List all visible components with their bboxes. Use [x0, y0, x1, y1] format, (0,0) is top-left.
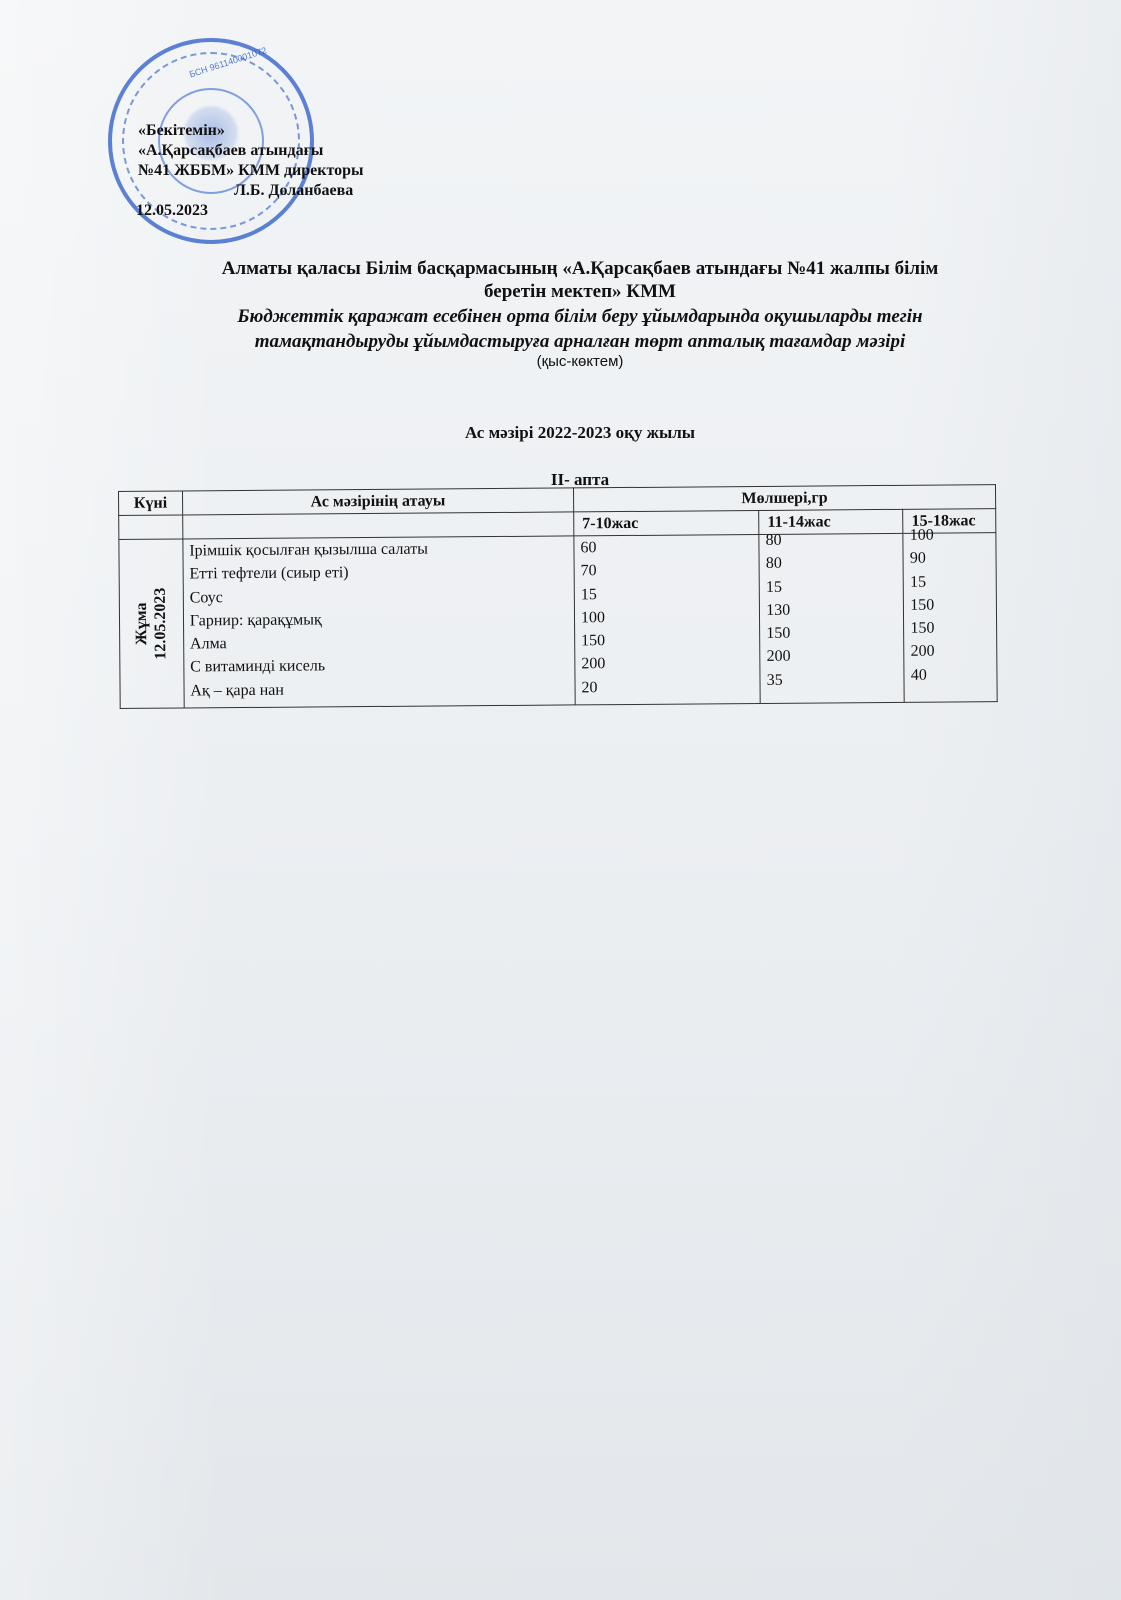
- amount-value: 200: [911, 640, 991, 664]
- amount-value: 80: [766, 551, 897, 575]
- year-title: Ас мәзірі 2022-2023 оқу жылы: [150, 423, 1010, 443]
- approval-block: «Бекітемін» «А.Қарсақбаев атындағы №41 Ж…: [138, 121, 364, 221]
- dishes-cell: Ірімшік қосылған қызылша салатыЕтті тефт…: [183, 536, 575, 708]
- dish-item: Соус: [190, 583, 568, 609]
- approval-school: «А.Қарсақбаев атындағы: [138, 141, 364, 161]
- amount-value: 130: [766, 598, 897, 622]
- document-heading: Алматы қаласы Білім басқармасының «А.Қар…: [150, 257, 1010, 371]
- amount-value: 15: [910, 570, 990, 594]
- dish-item: С витаминді кисель: [190, 653, 568, 679]
- subheader-empty-day: [119, 515, 183, 540]
- dish-item: Гарнир: қарақұмық: [190, 606, 568, 632]
- menu-purpose-line2: тамақтандыруды ұйымдастыруға арналған тө…: [150, 330, 1010, 353]
- header-dish: Ас мәзірінің атауы: [182, 488, 573, 515]
- subheader-empty-dish: [183, 512, 574, 539]
- amount-value: 20: [581, 675, 753, 700]
- day-date: 12.05.2023: [151, 588, 171, 660]
- amount-list-15-18: 100901515015020040: [910, 523, 991, 687]
- dish-list: Ірімшік қосылған қызылша салатыЕтті тефт…: [189, 536, 568, 702]
- amount-value: 35: [767, 668, 898, 692]
- amount-7-10-cell: 60701510015020020: [574, 534, 761, 704]
- amount-value: 150: [910, 593, 990, 617]
- day-label: Жұма 12.05.2023: [132, 588, 171, 660]
- amount-11-14-cell: 80801513015020035: [759, 533, 904, 703]
- approval-heading: «Бекітемін»: [138, 121, 364, 141]
- approval-date: 12.05.2023: [136, 201, 364, 221]
- stamp-bin: БСН 961140001072: [188, 45, 268, 79]
- amount-value: 100: [581, 605, 753, 630]
- day-name: Жұма: [132, 588, 152, 660]
- amount-value: 90: [910, 546, 990, 570]
- dish-item: Ірімшік қосылған қызылша салаты: [189, 536, 567, 562]
- amount-value: 200: [766, 644, 897, 668]
- header-day: Күні: [119, 491, 183, 516]
- season-label: (қыс-көктем): [150, 353, 1010, 371]
- org-title-line2: беретін мектеп» КММ: [150, 280, 1010, 303]
- amount-value: 70: [581, 558, 753, 583]
- paper-background: [0, 0, 1121, 1600]
- amount-value: 60: [580, 535, 752, 560]
- amount-value: 150: [766, 621, 897, 645]
- amount-15-18-cell: 100901515015020040: [903, 533, 997, 703]
- day-cell: Жұма 12.05.2023: [119, 539, 184, 708]
- amount-value: 150: [910, 616, 990, 640]
- table-row: Жұма 12.05.2023 Ірімшік қосылған қызылша…: [119, 533, 997, 709]
- org-title-line1: Алматы қаласы Білім басқармасының «А.Қар…: [150, 257, 1010, 280]
- amount-value: 150: [581, 628, 753, 653]
- approval-signer: Л.Б. Доланбаева: [138, 181, 364, 201]
- amount-value: 15: [766, 574, 897, 598]
- amount-value: 15: [581, 582, 753, 607]
- amount-value: 40: [911, 663, 991, 687]
- amount-list-7-10: 60701510015020020: [580, 535, 754, 699]
- approval-position: №41 ЖББМ» КММ директоры: [138, 161, 364, 181]
- header-amount: Мөлшері,гр: [573, 485, 995, 512]
- dish-item: Етті тефтели (сиыр еті): [189, 560, 567, 586]
- menu-purpose-line1: Бюджеттік қаражат есебінен орта білім бе…: [150, 305, 1010, 328]
- dish-item: Ақ – қара нан: [190, 676, 568, 702]
- amount-value: 200: [581, 651, 753, 676]
- header-age-7-10: 7-10жас: [574, 510, 759, 535]
- menu-table: Күні Ас мәзірінің атауы Мөлшері,гр 7-10ж…: [118, 484, 998, 709]
- dish-item: Алма: [190, 630, 568, 656]
- amount-list-11-14: 80801513015020035: [766, 528, 898, 692]
